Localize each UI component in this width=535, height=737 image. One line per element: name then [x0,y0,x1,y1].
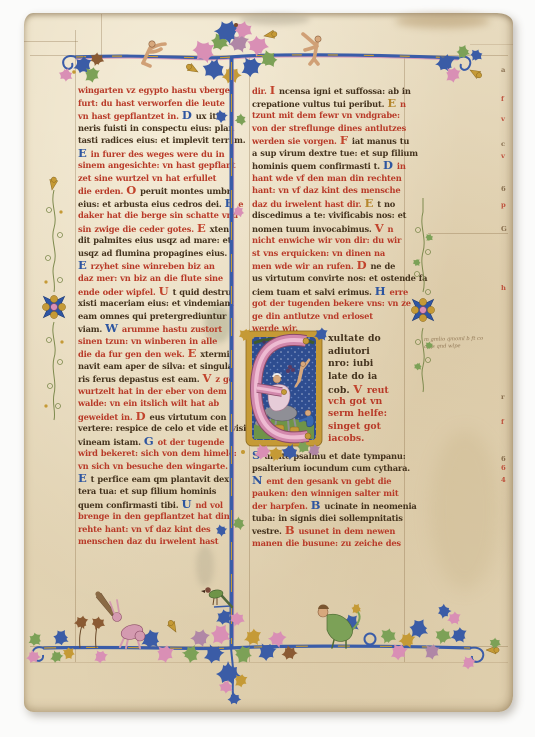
right-text-column-wrap: xultate doadiutorinro: iubilate do iacob… [328,333,406,446]
text-line: vestre. B usunet in dem newen [252,524,404,537]
edge-mark: 6 [501,464,506,472]
text-line: tasti radices eius: et implevit terram. [78,134,230,147]
text-line: vn hast gepflantzet in. D ux iti [78,109,230,122]
edge-mark: c [501,140,505,148]
text-line: tera tua: et sup filium hominis [78,485,230,498]
text-line: E rzyhet sine winreben biz an [78,259,230,272]
text-line: tuba: in signis diei sollempnitatis [252,512,404,525]
edge-mark: v [501,152,505,160]
text-line: adiutori [328,346,406,359]
text-line: neris fuisti in conspectu eius: plan [78,122,230,135]
edge-mark: 6 [501,185,506,193]
text-line: men wde wir an rufen. D ne de [252,259,404,272]
text-line: hant: vn vf daz kint des mensche [252,184,404,197]
manuscript-photo: wingarten vz egypto hastu vbergefurt: du… [0,0,535,737]
text-line: iacobs. [328,433,406,446]
text-line: hominis quem confirmasti t. D in [252,159,404,172]
text-line: menschen daz du irwelent hast [78,535,230,548]
text-line: wird bekeret: sich von dem himele: [78,447,230,460]
right-text-column-lower: S umite psalmu et date tympanu:psalteriu… [252,449,404,549]
text-line: psalterium iocundum cum cythara. [252,462,404,475]
text-line: sinen tzun: vn winberen in alle [78,335,230,348]
edge-mark: 4 [501,476,506,484]
text-line: vch got vn [328,396,406,409]
text-line: E in furer des weges were du in [78,147,230,160]
text-line: daz mer: vn biz an die flute sine [78,272,230,285]
text-line: manen die busune: zu zeiche des [252,537,404,550]
text-line: serm helfe: [328,408,406,421]
text-line: die da fur gen den wek. E xtermi [78,347,230,360]
text-line: dit palmites eius usqz ad mare: et [78,234,230,247]
text-line: werden sie vorgen. F iat manus tu [252,134,404,147]
text-line: der harpfen. B ucinate in neomenia [252,499,404,512]
text-line: xultate do [328,333,406,346]
text-line: daz du irwelent hast dir. E t no [252,197,404,210]
text-line: daker hat die berge sin schatte vnd [78,209,230,222]
edge-mark: h [501,284,506,292]
text-line: got der tugenden bekere vns: vn ze [252,297,404,310]
text-line: von der streflunge dines antlutzes [252,122,404,135]
text-line: quem confirmasti tibi. U nd vol [78,498,230,511]
edge-mark: 6 [501,455,506,463]
text-line: wurtzelt hat in der eber von dem [78,385,230,398]
text-line: brenge in den gepflantzet hat din [78,510,230,523]
text-line: ende oder wipfel. U t quid destru [78,285,230,298]
text-line: geweidet in. D eus virtutum con [78,410,230,423]
text-line: usqz ad flumina propagines eius. [78,247,230,260]
text-line: nomen tuum invocabimus. V n [252,222,404,235]
edge-mark: f [501,95,504,103]
text-line: discedimus a te: vivificabis nos: et [252,209,404,222]
text-line: us virtutum convirte nos: et ostende fa [252,272,404,285]
text-line: tzunt mit dem fewr vn vndgrabe: [252,109,404,122]
text-line: N emt den gesank vn gebt die [252,474,404,487]
text-line: late do ia [328,371,406,384]
text-line: rehte hant: vn vf daz kint des [78,523,230,536]
edge-mark: f [501,418,504,426]
edge-mark: r [501,393,505,401]
text-line: eam omnes qui pretergrediuntur [78,310,230,323]
text-line: zet sine wurtzel vn hat erfullet [78,172,230,185]
text-line: sinem angesichte: vn hast gepflant [78,159,230,172]
right-text-column-upper: dir. I ncensa igni et suffossa: ab incre… [252,84,404,335]
text-line: crepatione vultus tui peribut. E n [252,97,404,110]
left-text-column: wingarten vz egypto hastu vbergefurt: du… [78,84,230,548]
text-line: dir. I ncensa igni et suffossa: ab in [252,84,404,97]
text-line: ris ferus depastus est eam. V z ge [78,372,230,385]
text-line: vn sich vn besuche den wingarte. [78,460,230,473]
text-line: nicht enwiche wir von dir: du wir [252,234,404,247]
text-line: ciem tuam et salvi erimus. H erre [252,285,404,298]
edge-mark: v [501,115,505,123]
text-line: viam. W arumme hastu zustort [78,322,230,335]
text-line: cob. V reut [328,383,406,396]
text-line: singet got [328,421,406,434]
text-line: a sup virum dextre tue: et sup filium [252,147,404,160]
text-line: E t perfice eam qm plantavit dex [78,472,230,485]
edge-mark: G [501,225,507,233]
text-line: eius: et arbusta eius cedros dei. B e [78,197,230,210]
text-line: walde: vn ein itslich wilt hat ab [78,397,230,410]
text-line: pauken: den winnigen salter mit [252,487,404,500]
text-line: nro: iubi [328,358,406,371]
text-line: hant wde vf den man din rechten [252,172,404,185]
text-line: vineam istam. G ot der tugende [78,435,230,448]
marginal-gloss: m gmlio qmoml b ft co alqs qnd wlpe [424,335,516,351]
edge-mark: a [501,66,505,74]
edge-mark: p [501,201,506,209]
text-line: die erden. O peruit montes umbr [78,184,230,197]
text-line: xisti maceriam eius: et vindemiant [78,297,230,310]
text-line: vertere: respice de celo et vide et visi… [78,422,230,435]
text-line: st vns erquicken: vn dinen na [252,247,404,260]
text-line: ge din antlutze vnd erloset [252,310,404,323]
text-line: S umite psalmu et date tympanu: [252,449,404,462]
text-line: furt: du hast verworfen die leute [78,97,230,110]
text-line: wingarten vz egypto hastu vberge [78,84,230,97]
text-line: sin zwige die ceder gotes. E xten [78,222,230,235]
